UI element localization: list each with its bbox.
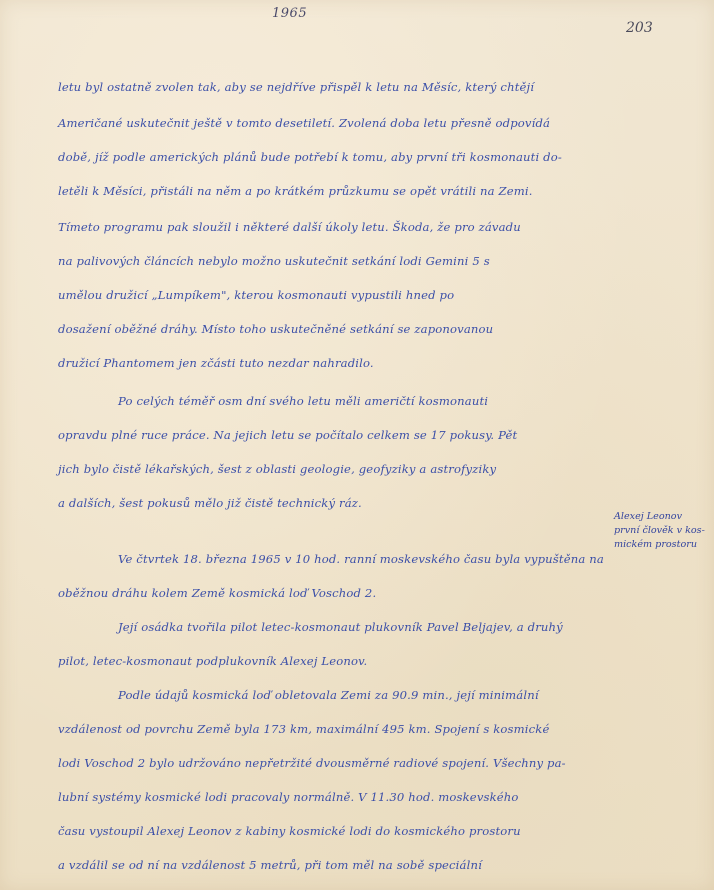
text-line: a vzdálil se od ní na vzdálenost 5 metrů… [58,860,482,872]
text-line: Ve čtvrtek 18. března 1965 v 10 hod. ran… [118,554,604,566]
text-line: družicí Phantomem jen zčásti tuto nezdar… [58,358,374,370]
text-line: dosažení oběžné dráhy. Místo toho uskute… [58,324,493,336]
margin-note-line: Alexej Leonov [614,510,710,524]
text-line: a dalších, šest pokusů mělo již čistě te… [58,498,362,510]
text-line: Tímeto programu pak sloužil i některé da… [58,222,521,234]
text-line: pilot, letec-kosmonaut podplukovník Alex… [58,656,367,668]
text-line: lodi Voschod 2 bylo udržováno nepřetržit… [58,758,566,770]
text-line: jich bylo čistě lékařských, šest z oblas… [58,464,496,476]
text-line: Po celých téměř osm dní svého letu měli … [118,396,488,408]
text-line: vzdálenost od povrchu Země byla 173 km, … [58,724,550,736]
margin-note-line: první člověk v kos- [614,524,710,538]
text-line: letěli k Měsíci, přistáli na něm a po kr… [58,186,533,198]
text-line: oběžnou dráhu kolem Země kosmická loď Vo… [58,588,376,600]
text-line: lubní systémy kosmické lodi pracovaly no… [58,792,519,804]
text-line: času vystoupil Alexej Leonov z kabiny ko… [58,826,521,838]
text-line: na palivových článcích nebylo možno usku… [58,256,490,268]
chronicle-page: 1965 203 letu byl ostatně zvolen tak, ab… [0,0,714,890]
text-line: letu byl ostatně zvolen tak, aby se nejd… [58,82,534,94]
margin-note-line: mickém prostoru [614,538,710,552]
text-line: opravdu plné ruce práce. Na jejich letu … [58,430,517,442]
text-line: Její osádka tvořila pilot letec-kosmonau… [118,622,563,634]
margin-note: Alexej Leonov první člověk v kos- mickém… [614,510,710,552]
page-number: 203 [626,20,653,36]
text-line: Podle údajů kosmická loď obletovala Zemi… [118,690,539,702]
text-line: Američané uskutečnit ještě v tomto deset… [58,118,550,130]
text-line: době, jíž podle amerických plánů bude po… [58,152,562,164]
text-line: umělou družicí „Lumpíkem", kterou kosmon… [58,290,454,302]
page-year: 1965 [272,6,307,21]
